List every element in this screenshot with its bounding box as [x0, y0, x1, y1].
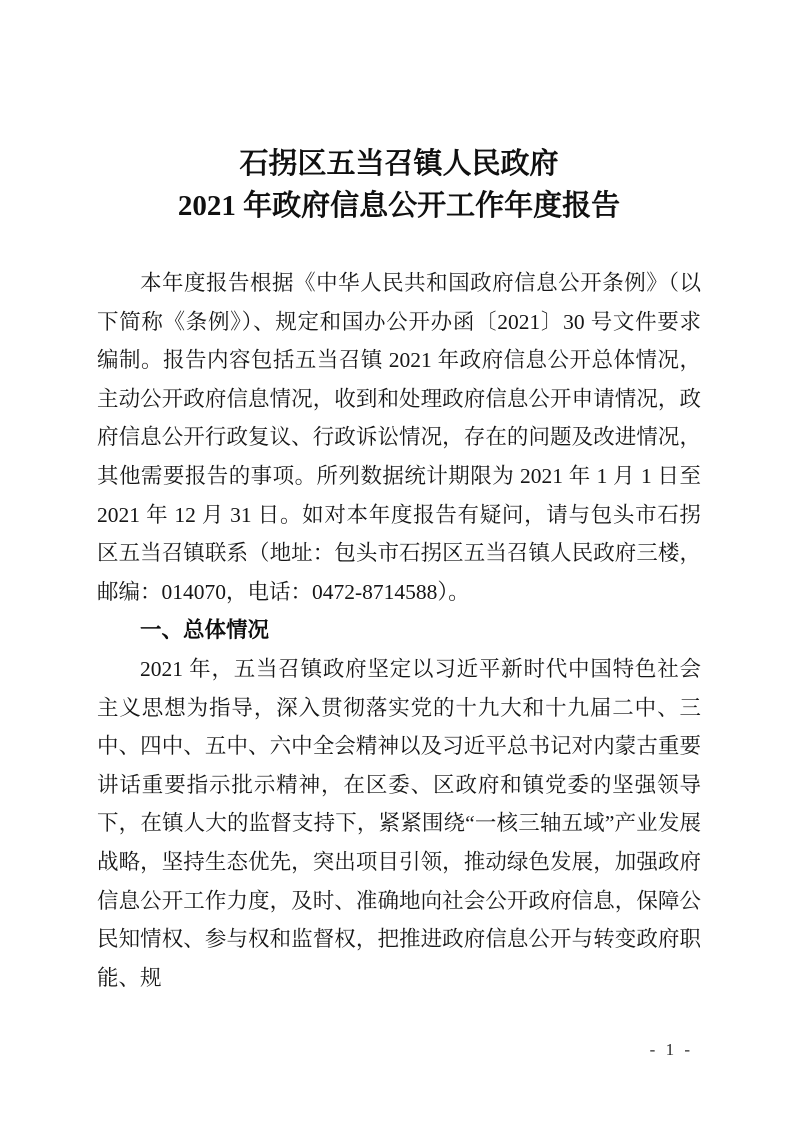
section-heading-overall-situation: 一、总体情况	[97, 611, 701, 650]
document-content: 石拐区五当召镇人民政府 2021 年政府信息公开工作年度报告 本年度报告根据《中…	[97, 143, 701, 997]
page-number: - 1 -	[650, 1039, 693, 1061]
title-line-1: 石拐区五当召镇人民政府	[97, 143, 701, 185]
document-page: 石拐区五当召镇人民政府 2021 年政府信息公开工作年度报告 本年度报告根据《中…	[0, 0, 793, 1122]
document-title: 石拐区五当召镇人民政府 2021 年政府信息公开工作年度报告	[97, 143, 701, 227]
overall-situation-paragraph: 2021 年，五当召镇政府坚定以习近平新时代中国特色社会主义思想为指导，深入贯彻…	[97, 650, 701, 997]
title-line-2: 2021 年政府信息公开工作年度报告	[97, 185, 701, 227]
intro-paragraph: 本年度报告根据《中华人民共和国政府信息公开条例》（以下简称《条例》）、规定和国办…	[97, 264, 701, 611]
